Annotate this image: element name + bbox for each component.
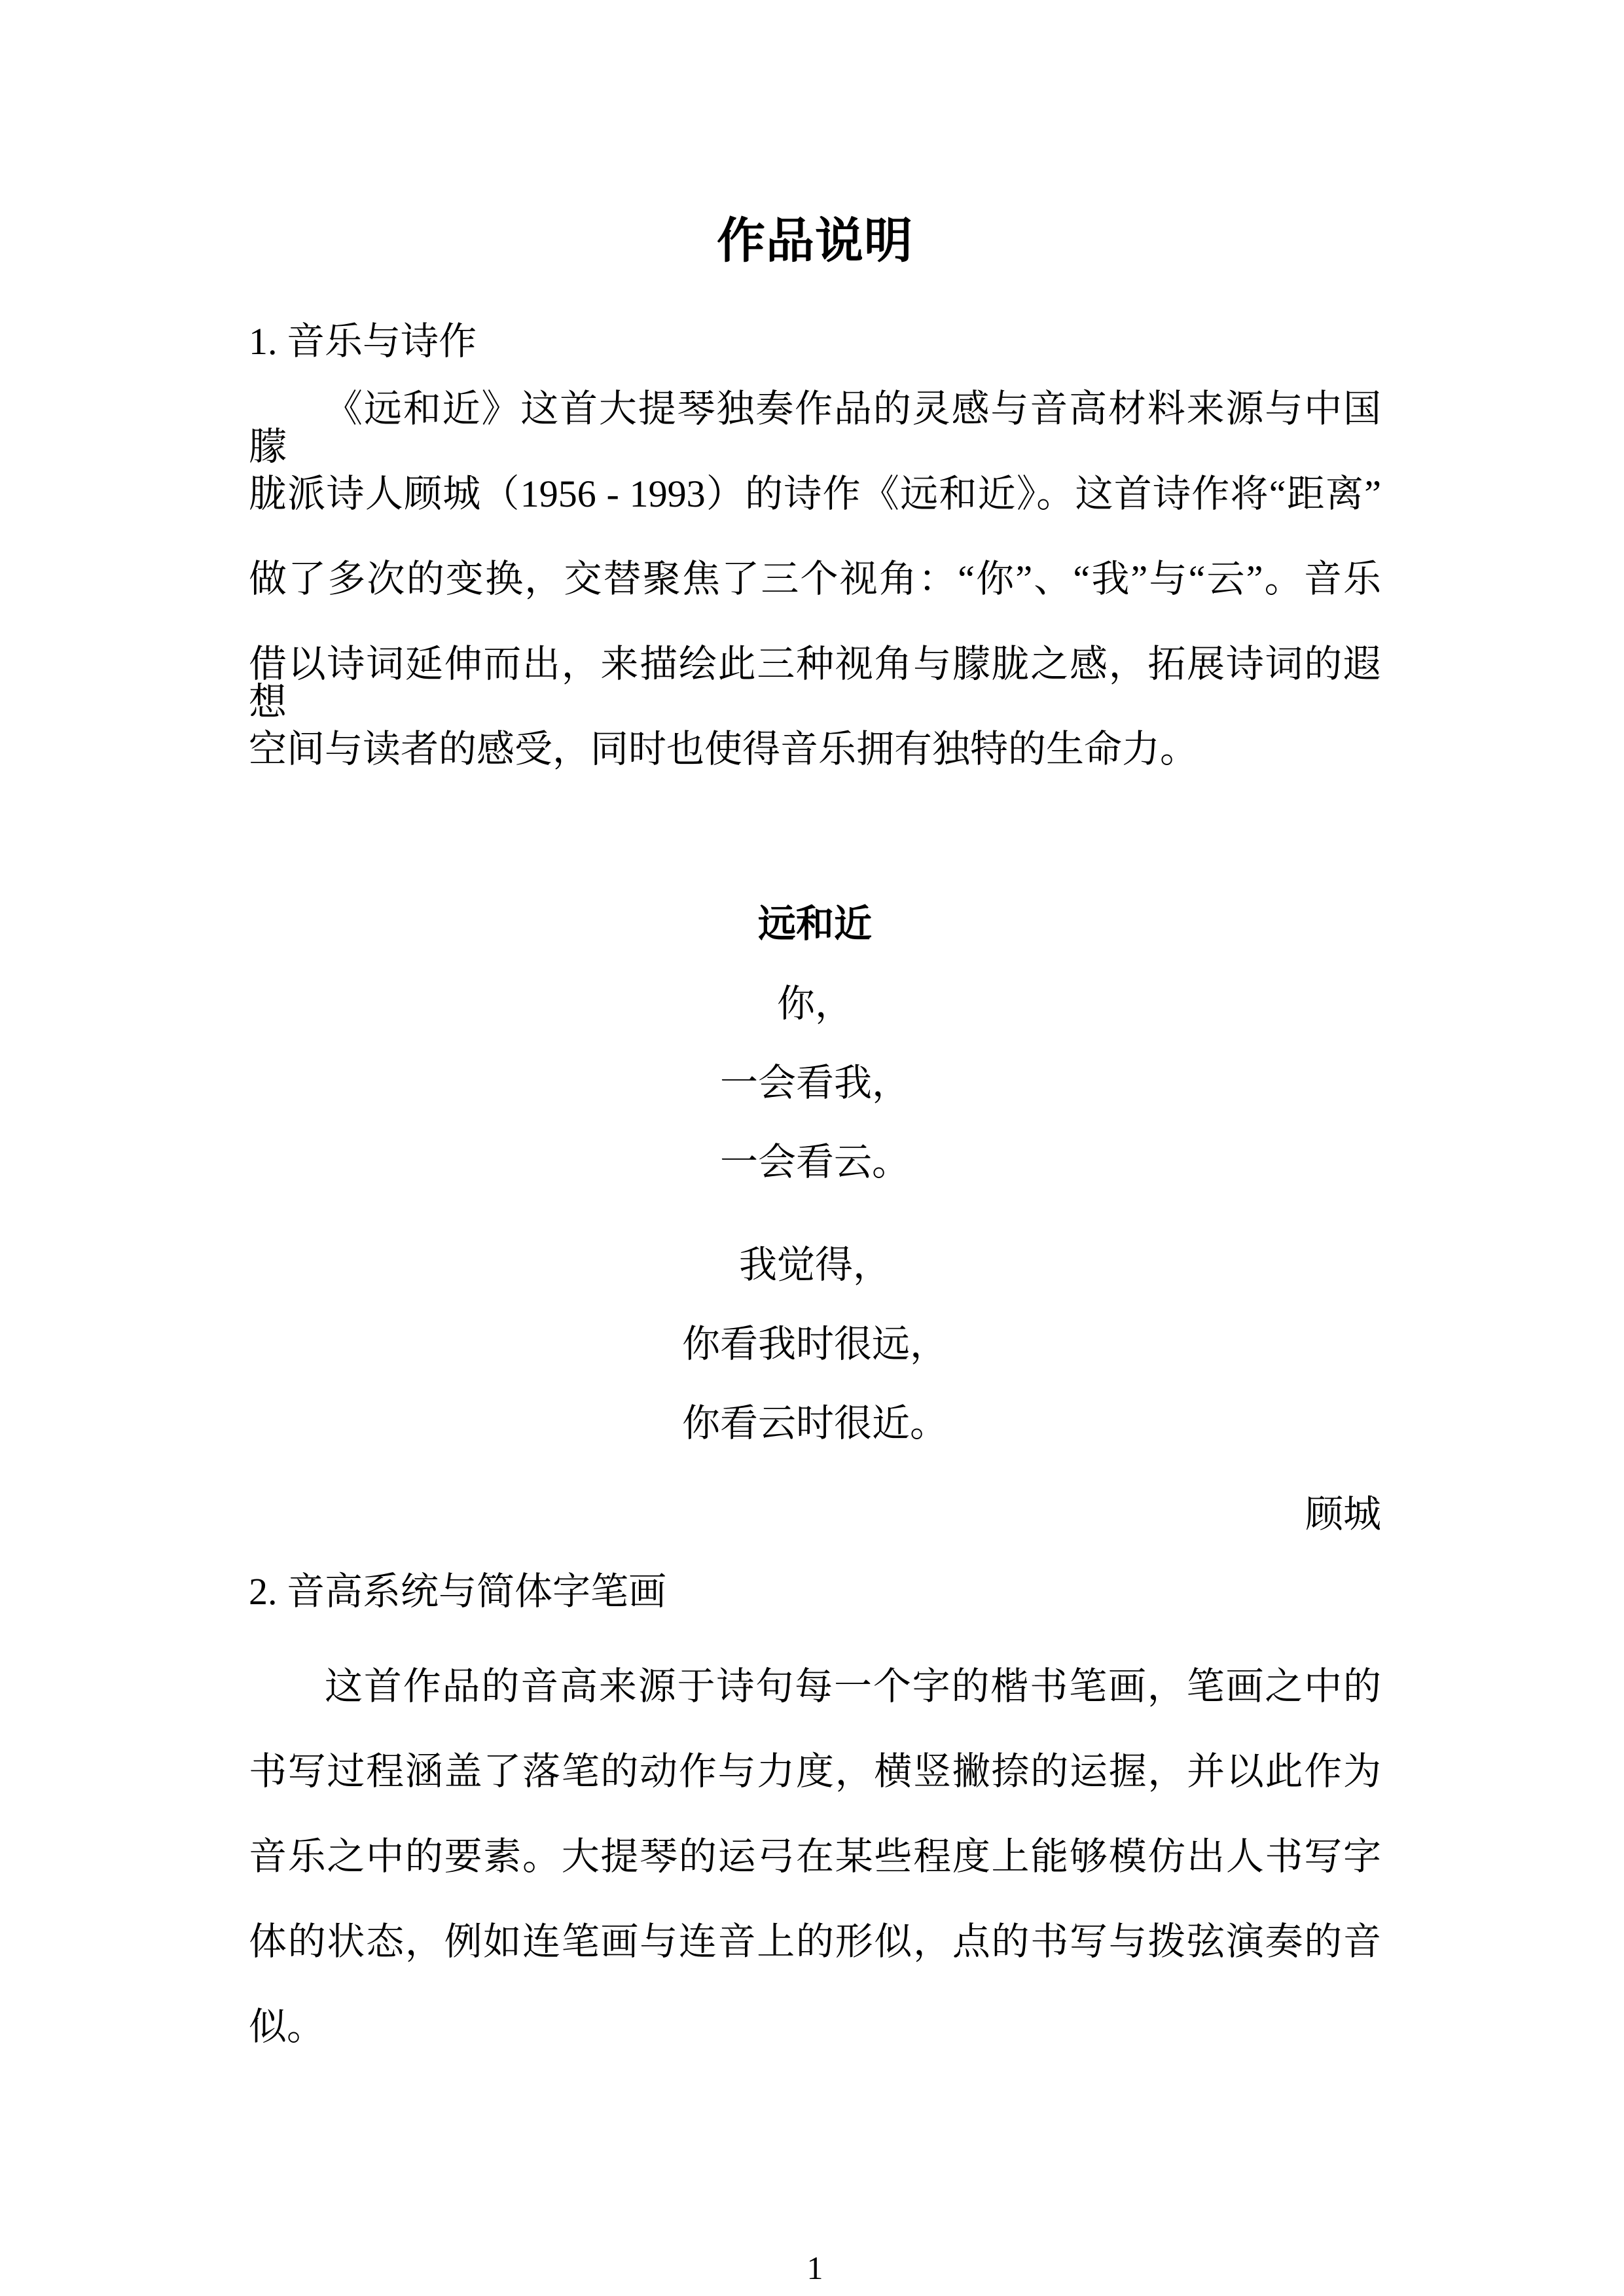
poem-title: 远和近: [249, 905, 1381, 943]
paragraph-2-line-1: 这首作品的音高来源于诗句每一个字的楷书笔画，笔画之中的: [249, 1668, 1381, 1706]
paragraph-2-line-3: 音乐之中的要素。大提琴的运弓在某些程度上能够模仿出人书写字: [249, 1838, 1381, 1876]
section-2-heading: 2. 音高系统与简体字笔画: [249, 1573, 1381, 1611]
paragraph-1-line-1: 《远和近》这首大提琴独奏作品的灵感与音高材料来源与中国朦: [249, 390, 1381, 466]
poem-line-1: 你，: [249, 985, 1381, 1023]
section-1-heading: 1. 音乐与诗作: [249, 323, 1381, 361]
poem-author: 顾城: [249, 1496, 1381, 1534]
poem-line-3: 一会看云。: [249, 1143, 1381, 1181]
paragraph-1-line-5: 空间与读者的感受，同时也使得音乐拥有独特的生命力。: [249, 730, 1381, 768]
paragraph-1-line-4: 借以诗词延伸而出，来描绘此三种视角与朦胧之感，拓展诗词的遐想: [249, 645, 1381, 721]
document-page: 作品说明 1. 音乐与诗作 《远和近》这首大提琴独奏作品的灵感与音高材料来源与中…: [0, 0, 1624, 2296]
paragraph-2-line-5: 似。: [249, 2008, 1381, 2046]
poem-line-6: 你看云时很近。: [249, 1405, 1381, 1443]
paragraph-2-line-4: 体的状态，例如连笔画与连音上的形似，点的书写与拨弦演奏的音: [249, 1923, 1381, 1961]
page-number: 1: [249, 2251, 1381, 2284]
paragraph-2-line-2: 书写过程涵盖了落笔的动作与力度，横竖撇捺的运握，并以此作为: [249, 1753, 1381, 1791]
document-title: 作品说明: [249, 217, 1381, 266]
paragraph-1-line-2: 胧派诗人顾城（1956 - 1993）的诗作《远和近》。这首诗作将“距离”: [249, 475, 1381, 513]
poem-line-5: 你看我时很远，: [249, 1325, 1381, 1363]
poem-line-4: 我觉得，: [249, 1246, 1381, 1284]
paragraph-1-line-3: 做了多次的变换，交替聚焦了三个视角：“你”、“我”与“云”。音乐: [249, 560, 1381, 598]
poem-line-2: 一会看我，: [249, 1064, 1381, 1102]
